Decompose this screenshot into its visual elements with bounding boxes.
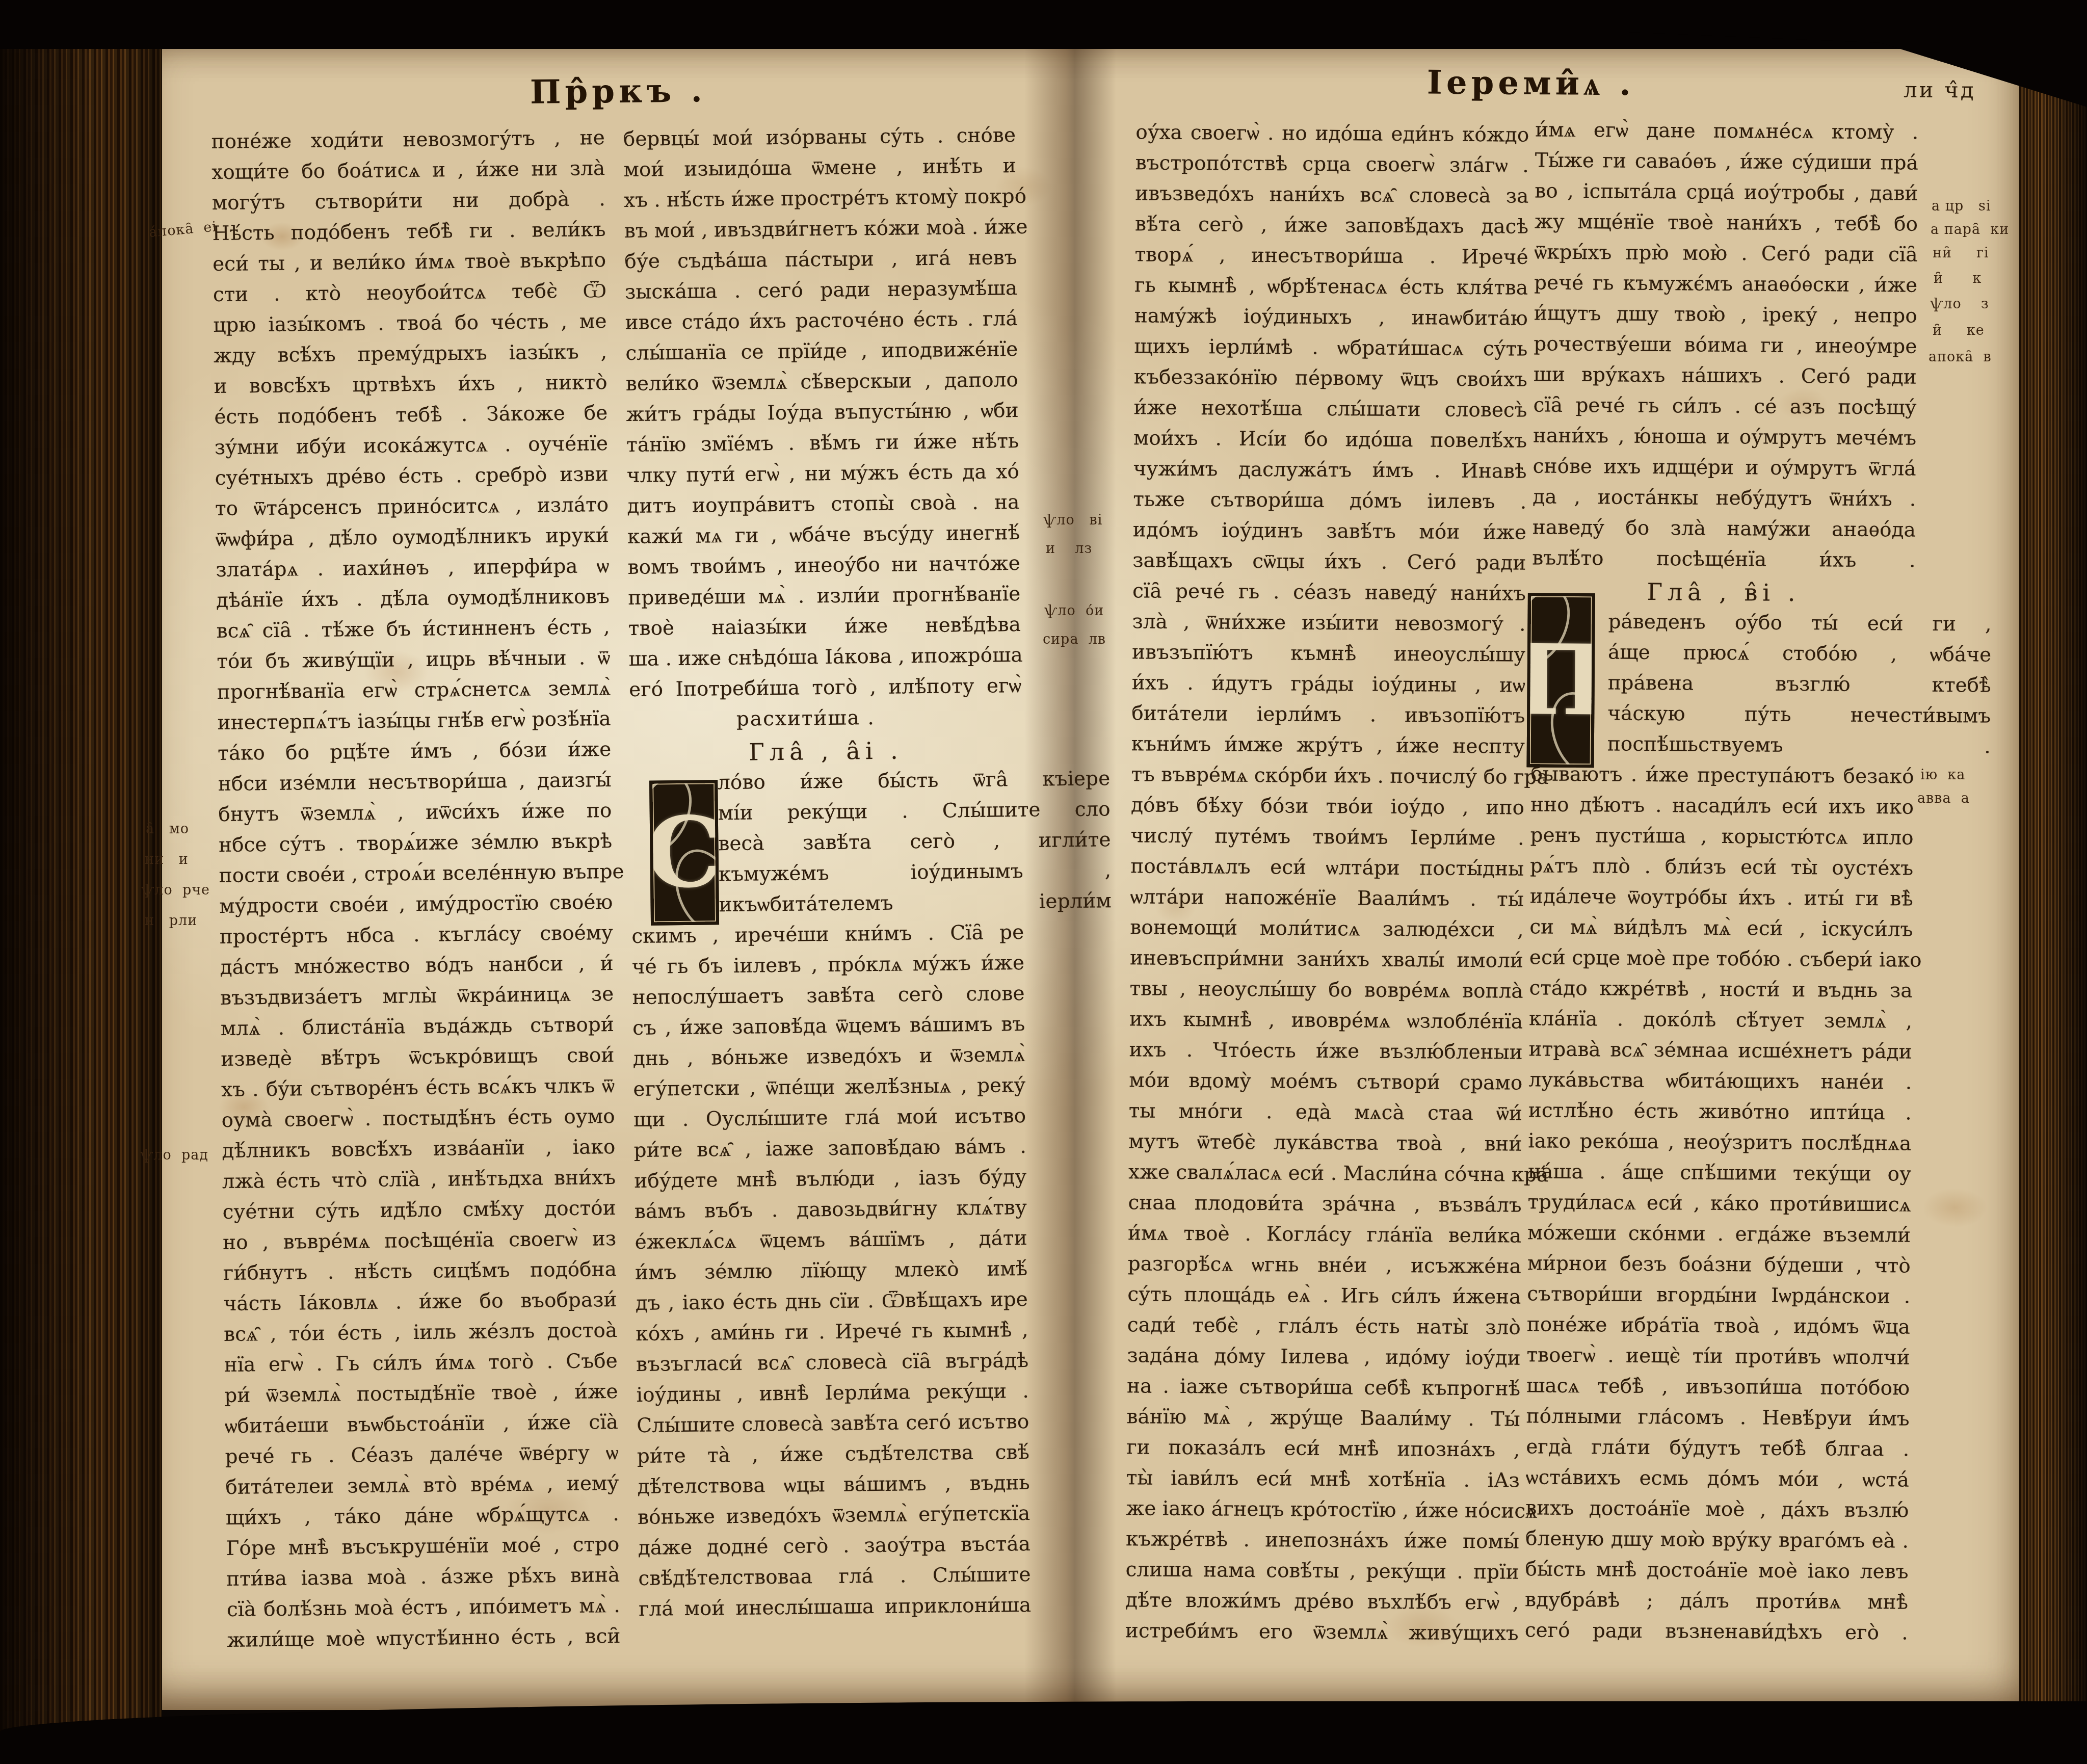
text-line: ѡста́вихъ есмь до́мъ мо́и , ѡста́ — [1526, 1462, 1909, 1495]
text-line: жу мще́нїе твоѐ нани́хъ , тебѣ̀ бо — [1535, 206, 1918, 240]
text-line: поста́влѧлъ еси́ ѡлта́ри посты́дны — [1130, 851, 1524, 884]
margin-note-cluster-4: н рли — [145, 911, 197, 931]
text-line: всѧ̑ , то́и е́сть , іиль же́злъ достоа̀ — [224, 1315, 618, 1350]
left-page-column-1: поне́же ходи́ти невозмогу́тъ , нехощи́те… — [211, 123, 620, 1656]
woodcut-initial-chapter-12: П — [1527, 593, 1595, 768]
text-line: поспѣ́шьствуемъ . — [1531, 728, 1991, 762]
gutter-note-2b: сира лв — [1043, 630, 1106, 649]
text-line: Го́ре мнѣ̀ въсъкруше́нїи мое́ , стро — [226, 1530, 620, 1564]
text-line: ри́те та̀ , и́же съдѣ́телства свѣ́ — [637, 1437, 1030, 1472]
text-line: сїа̀ болѣ́знь моа̀ е́стъ , ипо́иметъ мѧ̀… — [226, 1591, 620, 1625]
text-line: възъдвиза́етъ мглы̀ ѿкра́иницѧ зе — [220, 979, 614, 1014]
text-line: и́мѧ твоѐ . Когла́су гла́нїа вели́ка — [1128, 1218, 1521, 1251]
text-line: та́ко бо рцѣ́те и́мъ , бо́зи и́же — [218, 734, 612, 769]
text-line: сїа̑ рече́ гь си́лъ . се́ азъ посѣщу́ — [1533, 390, 1916, 423]
text-line: сътвори́ши вгорды́ни Іѡрда́нскои . — [1527, 1279, 1910, 1312]
text-line: ивъзведо́хъ нани́хъ всѧ̑ словеса̀ за — [1135, 178, 1528, 212]
text-line: нбсе су́тъ . творѧ́иже зе́млю въкрѣ — [219, 826, 613, 861]
right-page-column-2: П и́мѧ егѡ̀ дане помѧне́сѧ ктому̀ .Ты́же… — [1525, 115, 1919, 1648]
text-line: сего́ ради възненави́дѣхъ его̀ . — [1525, 1615, 1908, 1648]
text-line: мои́ изыидо́ша ѿмене , инѣ́ть и — [623, 151, 1016, 186]
margin-note-cluster-1: а̑ мо — [146, 820, 189, 839]
text-line: нбси изе́мли несътвори́ша , даизгы́ — [218, 765, 612, 800]
text-line: и вовсѣ́хъ цртвѣхъ и́хъ , никто̀ — [214, 367, 607, 402]
text-line: поне́же ходи́ти невозмогу́тъ , не — [211, 123, 605, 157]
text-line: да́стъ мно́жество во́дъ нанбси , и́ — [220, 949, 614, 983]
text-line: жду всѣ́хъ прему́дрыхъ іазы́къ , — [214, 337, 607, 372]
text-line: и́хъ . и́дутъ гра́ды іоу́дины , иѡ — [1132, 668, 1525, 701]
text-line: ри́те всѧ̑ , іаже заповѣ́даю ва́мъ . — [633, 1131, 1026, 1166]
text-line: и́мѧ егѡ̀ дане помѧне́сѧ ктому̀ . — [1535, 115, 1918, 148]
text-line: итрава̀ всѧ̑ зе́мнаа исше́хнетъ ра́ди — [1528, 1034, 1912, 1067]
text-line: злата́рѧ . иахи́нѳъ , иперфи́ра ѡ — [216, 551, 610, 586]
text-line: да́же додне́ сего̀ . заоу́тра въста́а — [638, 1529, 1031, 1564]
text-line: дѣ́лникъ вовсѣ́хъ изва́анїи , іако — [222, 1132, 616, 1167]
text-line: рече́ гь . Се́азъ дале́че ѿве́ргу ѡ — [225, 1438, 619, 1472]
text-line: слиша нама совѣ́ты , реку́щи . прїи — [1125, 1555, 1519, 1588]
text-line: ча́сть Іа́ковлѧ . и́же бо въобрази́ — [223, 1285, 617, 1320]
text-line: възъгласи́ всѧ̑ словеса̀ сїа̑ въгра́дѣ — [636, 1346, 1029, 1380]
text-line: тъ въвре́мѧ ско́рби и́хъ . почислу́ бо г… — [1131, 759, 1524, 793]
text-line: расхити́ша . — [629, 700, 1129, 736]
text-line: сади́ тебє̀ , гла́лъ е́сть наты̀ зло̀ — [1127, 1310, 1521, 1343]
text-line: наму́жѣ іоу́диныхъ , инаѡбита́ю — [1134, 301, 1528, 334]
text-line: ивъзъпїю́тъ къмнѣ̀ инеоуслы́шу — [1132, 637, 1525, 670]
text-line: щи́хъ , та́ко да́не ѡбрѧ́щутсѧ . — [226, 1499, 620, 1534]
text-line: ѡлта́ри напоже́нїе Ваали́мъ . ты́ — [1130, 882, 1524, 915]
woodcut-initial-chapter-11: С — [649, 780, 719, 925]
text-line: егда̀ гла́ти бу́дутъ тебѣ̀ блгаа . — [1526, 1432, 1909, 1465]
text-line: еси́ ты , и вели́ко и́мѧ твоѐ въкрѣпо — [213, 245, 606, 280]
text-line: бу́е съдѣа́ша па́стыри , ига́ невъ — [624, 243, 1017, 277]
text-line: ги показа́лъ еси́ мнѣ̀ ипозна́хъ , — [1126, 1432, 1520, 1465]
text-line: Гла̂ , а̂і . — [629, 732, 1022, 769]
text-line: тьже сътвори́ша до́мъ іилевъ . — [1133, 484, 1526, 517]
text-line: ивсе ста́до и́хъ расточе́но е́сть . гла́ — [625, 304, 1018, 338]
text-line: дъ , іако е́сть днь сїи . Ѿвѣ́щахъ ире — [636, 1284, 1028, 1319]
text-line: хъ . бу́и сътворе́нъ е́сть всѧ́къ члкъ ѿ — [221, 1071, 615, 1105]
book-photo: Пр̂ркъ . Іереми̂ѧ . ли ч̂д поне́же ходи́… — [0, 0, 2087, 1764]
text-line: ча́скую пу́ть нечести́вымъ — [1531, 698, 1991, 731]
text-line: твоегѡ̀ . иещє̀ ті́и проти́въ ѡполчи́ — [1526, 1340, 1910, 1373]
text-line: нани́хъ , ю́ноша и оу́мрутъ мече́мъ — [1533, 420, 1916, 454]
right-margin-note-7: апока̑ в — [1929, 348, 1992, 367]
left-page-column-2: С бервцы́ мои́ изо́рваны су́ть . сно́вем… — [623, 120, 1032, 1625]
text-line: е́жеклѧ́сѧ ѿцемъ ва́шїмъ , да́ти — [635, 1223, 1027, 1258]
right-margin-note-5: ѱло з — [1931, 295, 1989, 314]
text-line: и́мъ зе́млю лїю́щу млеко̀ имѣ́ — [635, 1254, 1028, 1288]
text-line: егу́петски , ѿпе́щи желѣ́зныѧ , реку́ — [633, 1070, 1026, 1105]
text-line: непослу́шаетъ завѣ́та сего̀ слове — [632, 979, 1025, 1013]
text-line: разгорѣ́сѧ ѡгнь вне́и , исъжже́на — [1128, 1249, 1521, 1282]
text-line: бита́тели іерли́мъ . ивъзопїю́тъ — [1131, 698, 1525, 731]
text-line: но , въвре́мѧ посѣще́нїа своегѡ̀ из — [223, 1224, 617, 1258]
text-line: сти . кто̀ неоубои́тсѧ тебє̀ Ѿ — [213, 276, 606, 310]
text-line: же іако а́гнецъ кро́тостїю , и́же но́сис… — [1126, 1493, 1519, 1526]
text-line: ибу́дете мнѣ̀ вълю́ди , іазъ бу́ду — [634, 1162, 1027, 1197]
text-line: прогнѣ́ванїа егѡ̀ стрѧ́снетсѧ землѧ̀ — [217, 673, 611, 708]
text-line: щихъ іерли́мѣ . ѡбрати́шасѧ су́ть — [1134, 331, 1527, 364]
text-line: щи . Оуслы́шите гла́ мои́ исътво — [633, 1101, 1026, 1136]
book-fore-edge-left — [0, 0, 162, 1764]
text-line: гла́ мои́ инеслы́шаша иприклони́ша — [639, 1590, 1032, 1625]
text-line: во , іспыта́ла срца́ иоу́тробы , дави́ — [1535, 176, 1918, 209]
text-line: члку пути́ егѡ̀ , ни му́жъ е́сть да хо́ — [627, 457, 1020, 491]
text-line: къни́мъ и́мже жру́тъ , и́же неспту — [1131, 729, 1525, 762]
text-line: къжре́твѣ . инепозна́хъ и́же помы́ — [1126, 1524, 1519, 1557]
text-line: ихъ кымнѣ̀ , ивовре́мѧ ѡзлобле́нїа — [1129, 1004, 1523, 1037]
text-line: сно́ве ихъ идще́ри и оу́мрутъ ѿгла́ — [1533, 451, 1916, 484]
initial-letter-s: С — [649, 837, 719, 868]
text-line: истлѣ́но е́сть живо́тно ипти́ца . — [1528, 1095, 1912, 1128]
text-line: то́и бъ живу́щїи , ицрь вѣ́чныи . ѿ — [217, 643, 611, 677]
text-line: изведѐ вѣ́тръ ѿсъкро́вищъ свои́ — [221, 1040, 615, 1075]
text-line: наведу́ бо зла̀ наму́жи анаѳо́да — [1533, 512, 1916, 545]
text-line: слы́шанїа се прїи́де , иподвиже́нїе — [625, 334, 1018, 369]
text-line: іако реко́ша , неоу́зритъ послѣ́днѧа — [1528, 1126, 1911, 1159]
text-line: мутъ ѿтебє̀ лука́вства твоа̀ , вни́ — [1128, 1126, 1522, 1160]
text-line: нно дѣ́ютъ . насади́лъ еси́ ихъ ико — [1530, 789, 1914, 823]
text-line: по́лными гла́сомъ . Невѣ́руи и́мъ — [1526, 1401, 1909, 1434]
right-margin-note-4: и̑ к — [1934, 269, 1982, 288]
text-line: могу́тъ сътвори́ти ни добра̀ . — [212, 184, 606, 219]
text-line: хъ . нѣ́сть и́же простре́тъ ктому̀ покро… — [624, 181, 1017, 216]
gutter-note-1a: ѱло ві — [1044, 511, 1102, 530]
text-line: дѣ́те вложи́мъ дре́во въхлѣ́бъ егѡ̀ , — [1125, 1585, 1519, 1618]
text-line: ва́мъ въбъ . давозьдви́гну клѧ́тву — [635, 1193, 1027, 1227]
text-line: инестерпѧ́тъ іазы́цы гнѣ́в егѡ̀ розѣ́нїа — [217, 704, 611, 739]
margin-note-cluster-3: ѱло рче — [142, 881, 210, 900]
text-line: мо́жеши ско́нми . егда́же въземли́ — [1527, 1218, 1911, 1251]
text-line: ста́до кжре́твѣ , ности́ и въднь за — [1529, 973, 1912, 1006]
right-margin-note-6: и̑ ке — [1933, 321, 1985, 340]
text-line: рѧ́тъ пло̀ . бли́зъ еси́ ты̀ оусте́хъ — [1530, 851, 1913, 884]
text-line: кла́нїа . доко́лѣ сѣ́тует землѧ̀ , — [1529, 1004, 1912, 1037]
text-line: ренъ пусти́ша , корыстю́тсѧ ипло — [1530, 820, 1913, 853]
text-line: творѧ́ , инесътвори́ша . Ирече́ — [1134, 240, 1528, 273]
text-line: и́же нехотѣ́ша слы́шати словесъ̀ — [1133, 392, 1527, 426]
text-line: црю іазы́комъ . твоа́ бо че́сть , ме — [213, 306, 607, 341]
text-line: ри́ ѿземлѧ̀ постыдѣ́нїе твоѐ , и́же — [224, 1377, 618, 1411]
text-line: еси́ срце моѐ пре тобо́ю . събери́ іако — [1529, 942, 1913, 976]
text-line: ги́бнутъ . нѣ́сть сицѣ́мъ подо́бна — [223, 1254, 617, 1289]
text-line: вомъ твои́мъ , инеоу́бо ни начто́же — [627, 548, 1020, 583]
text-line: Нѣ́сть подо́бенъ тебѣ̀ ги . вели́къ — [212, 215, 606, 249]
book-page-edges-right — [2019, 46, 2087, 1723]
text-line: ра́веденъ оу́бо ты́ еси́ ги , — [1531, 606, 1991, 640]
text-line: вдубра́вѣ ; да́лъ проти́вѧ мнѣ̀ — [1525, 1585, 1908, 1618]
gutter-note-1b: и лз — [1046, 539, 1092, 559]
text-line: млѧ̀ . блиста́нїа въда́ждь сътвори́ — [221, 1010, 615, 1044]
text-line: свѣ́дѣ́телствоваа гла́ . Слы́шите — [638, 1560, 1031, 1594]
text-line: приведе́ши мѧ̀ . изли́и прогнѣ́ванїе — [628, 579, 1021, 614]
photo-background-bottom — [0, 1701, 2087, 1764]
text-line: бленую дшу мою̀ вру́ку враго́мъ еа̀ . — [1525, 1523, 1909, 1557]
text-line: жили́ще моѐ ѡпустѣ́инно е́сть , вси̑ — [227, 1621, 621, 1656]
text-line: зла̀ , ѿни́хже изы́ити невозмогу́ . — [1132, 607, 1525, 640]
text-line: бнутъ ѿземлѧ̀ , иѿси́хъ и́же по — [218, 796, 612, 830]
text-line: дѣ́телствова ѡцы ва́шимъ , въднь — [637, 1468, 1030, 1503]
folio-number: ли ч̂д — [1904, 77, 1976, 103]
text-line: вълѣ́то посѣще́нїа и́хъ . — [1532, 543, 1915, 576]
text-line: жи́тъ гра́ды Іоу́да въпусты́ню , ѡби — [626, 396, 1019, 430]
text-line: рече́ гь къмужє́мъ анаѳо́ѳски , и́же — [1534, 268, 1917, 301]
text-line: ида́лече ѿоутро́бы и́хъ . иты́ ги вѣ̀ — [1530, 881, 1913, 914]
text-line: до́въ бѣ́ху бо́зи тво́и іоу́до , ипо — [1131, 790, 1524, 823]
text-line: да , иоста́нкы небу́дутъ ѿни́хъ . — [1533, 482, 1916, 515]
text-line: ми́рнои безъ боа́зни бу́деши , что̀ — [1527, 1248, 1911, 1281]
text-line: суе́тни су́ть идѣ́ло смѣ́ху досто́и — [222, 1193, 616, 1228]
text-line: ша . иже снѣдо́ша Іа́кова , ипожро́ша — [628, 640, 1021, 675]
text-line: нїа егѡ̀ . Гь си́лъ и́мѧ того̀ . Събе — [224, 1346, 618, 1381]
text-line: дитъ иоупра́витъ стопы̀ своа̀ . на — [627, 487, 1020, 522]
text-line: лжа̀ е́сть что̀ слїа̀ , инѣ́тьдха вни́хъ — [222, 1163, 616, 1197]
text-line: е́сть подо́бенъ тебѣ̀ . За́коже бе — [214, 398, 608, 433]
right-margin-note-3: ни̑ гі — [1933, 244, 1989, 263]
text-line: вонемощи́ моли́тисѧ залюде́хси , — [1130, 912, 1523, 945]
text-line: иневъспри́мни зани́хъ хвалы́ имоли́ — [1130, 943, 1523, 976]
text-line: въстропо́тствѣ срца своегѡ̀ зла́гѡ . — [1135, 148, 1529, 181]
text-line: ѿѡфи́ра , дѣ́ло оумодѣ́лникъ ируки́ — [215, 520, 609, 555]
text-line: твы , неоуслы́шу бо вовре́мѧ вопла̀ — [1129, 973, 1523, 1007]
text-line: шасѧ тебѣ̀ , ивъзопи́ша пото́бою — [1526, 1371, 1910, 1404]
initial-letter-p: П — [1527, 665, 1595, 696]
text-line: вѣ́та сего̀ , и́же заповѣ́дахъ дасѣ — [1135, 209, 1528, 242]
text-line: зыска́ша . сего́ ради неразумѣ́ша — [625, 273, 1018, 308]
text-line: рочеству́еши во́има ги , инеоу́мре — [1534, 329, 1917, 362]
text-line: истреби́мъ его ѿземлѧ̀ живу́щихъ — [1125, 1616, 1519, 1649]
text-line: твоѐ наіазы́ки и́же невѣ́дѣва — [628, 610, 1021, 644]
running-head-left: Пр̂ркъ . — [530, 71, 707, 112]
text-line: мои́хъ . Исі́и бо идо́ша повелѣ́хъ — [1133, 423, 1527, 456]
right-margin-note-8: ію ка — [1920, 766, 1965, 785]
text-line: хощи́те бо боа́тисѧ и , и́же ни зла̀ — [212, 153, 605, 188]
margin-note-psalm: ѱло рад — [141, 1146, 208, 1165]
text-line: Слы́шите словеса̀ завѣ́та сего́ исътво — [637, 1407, 1029, 1441]
text-line: чужи́мъ даслужа́тъ и́мъ . Инавѣ — [1133, 454, 1526, 487]
text-line: мо́и вдому̀ мое́мъ сътвори́ срамо — [1129, 1065, 1522, 1098]
text-line: въ мои́ , ивъздви́гнетъ ко́жи моа̀ . и́ж… — [624, 212, 1017, 247]
text-line: ѡбита́еши въѡбьстоа́нїи , и́же сїа̀ — [225, 1407, 619, 1442]
text-line: зада́на до́му Іилева , идо́му іоу́ди — [1127, 1340, 1520, 1374]
text-line: Ты́же ги савао́ѳъ , и́же су́диши пра́ — [1535, 145, 1918, 178]
text-line: вихъ достоа́нїе моѐ , да́хъ възлю́ — [1525, 1493, 1909, 1526]
text-line: вели́ко ѿземлѧ̀ сѣ́верскыи , даполо — [626, 365, 1019, 400]
text-line: зу́мни ибу́и исока́жутсѧ . оуче́нїе — [215, 429, 609, 463]
right-margin-note-2: а пара̑ ки — [1931, 220, 2009, 240]
running-head-right: Іереми̂ѧ . — [1427, 64, 1635, 103]
text-line: су́ть площа́дь еѧ̀ . Игь си́лъ и́жена — [1127, 1279, 1521, 1312]
text-line: къбеззако́нїю пе́рвому ѿцъ свои́хъ — [1134, 362, 1527, 395]
text-line: на . іаже сътвори́ша себѣ̀ къпрогнѣ́ — [1127, 1371, 1520, 1404]
text-line: просте́ртъ нбса . къгла́су свое́му — [220, 918, 614, 953]
text-line: пости свое́и , строѧ́и вселе́нную въпре — [219, 857, 613, 891]
text-line: его́ Іпотреби́ша того̀ , илѣ́поту егѡ̀ — [629, 671, 1022, 705]
text-line: поне́же ибра́тїа твоа̀ , идо́мъ ѿца — [1527, 1309, 1910, 1342]
text-line: во́ньже изведо́хъ ѿземлѧ̀ егу́петскїа — [638, 1498, 1031, 1533]
text-line: всѧ̑ сїа̑ . тѣ́же бъ и́стинненъ е́сть , — [216, 612, 610, 647]
text-line: идо́мъ іоу́динъ завѣ́тъ мо́и и́же — [1133, 515, 1526, 548]
text-line: съ , и́же заповѣ́да ѿцемъ ва́шимъ въ — [632, 1009, 1025, 1044]
text-line: пра́вена възглю́ ктебѣ̀ — [1531, 667, 1991, 701]
text-line: пти́ва іазва моа̀ . а́зже рѣ́хъ вина̀ — [226, 1560, 620, 1595]
text-line: лука́вьства ѡбита́ющихъ нане́и . — [1528, 1065, 1912, 1098]
margin-note-cluster-2: ни и — [145, 850, 189, 870]
text-line: хже свалѧ́ласѧ еси́ . Масли́на со́чна кр… — [1128, 1157, 1522, 1190]
text-line: ѿкры́хъ прю̀ мою̀ . Сего́ ради сїа̑ — [1534, 237, 1917, 270]
text-line: ко́хъ , ами́нь ги . Ирече́ гь кымнѣ̀ , — [636, 1315, 1028, 1350]
text-line: бы́сть мнѣ̀ достоа́нїе моѐ іако левъ — [1525, 1554, 1908, 1587]
text-line: на́ша . а́ще спѣ́шими теку́щи оу — [1528, 1156, 1911, 1190]
text-line: му́дрости свое́и , иму́дростїю свое́ю — [219, 887, 613, 922]
text-line: си мѧ̀ ви́дѣлъ мѧ̀ еси́ , іскуси́лъ — [1529, 912, 1913, 945]
text-line: че́ гь бъ іилевъ , про́клѧ му́жъ и́же — [632, 948, 1025, 983]
text-line: оума̀ своегѡ̀ . постыдѣ́нъ е́сть оумо — [221, 1101, 615, 1136]
text-line: снаа плодови́та зра́чна , възва́лъ — [1128, 1188, 1521, 1221]
text-line: бита́телеи землѧ̀ вто̀ вре́мѧ , иему́ — [225, 1468, 619, 1503]
text-line: дѣа́нїе и́хъ . дѣ́ла оумодѣ́лниковъ — [216, 582, 610, 616]
text-line: сїа̑ рече́ гь . се́азъ наведу́ нани́хъ — [1132, 576, 1526, 609]
text-line: суе́тныхъ дре́во е́сть . сребро̀ изви — [215, 459, 609, 494]
right-margin-note-1: а цр ѕі — [1932, 197, 1991, 216]
text-line: завѣ́щахъ сѿцы и́хъ . Сего́ ради — [1132, 545, 1526, 578]
text-line: гь кымнѣ̀ , ѡбрѣ́тенасѧ е́сть кля́тва — [1134, 270, 1528, 303]
text-line: ихъ . Что́есть и́же възлю́бленыи — [1129, 1035, 1522, 1068]
text-line: ты̀ іави́лъ еси́ мнѣ̀ хотѣ́нїа . іАз — [1126, 1463, 1520, 1496]
right-page-column-1: оу́ха своегѡ̀ . но идо́ша еди́нъ ко́ждов… — [1125, 117, 1529, 1649]
text-line: ты мно́ги . еда̀ мѧса̀ стаа ѿи́ — [1129, 1096, 1522, 1129]
gutter-note-2a: ѱло о́и — [1045, 601, 1104, 621]
right-margin-note-9: авва а — [1917, 789, 1970, 808]
text-line: ва́нїю мѧ̀ , жру́ще Ваали́му . Ты́ — [1126, 1402, 1520, 1435]
text-line: оу́ха своегѡ̀ . но идо́ша еди́нъ ко́ждо — [1135, 117, 1529, 150]
text-line: ши вру́кахъ на́шихъ . Сего́ ради — [1534, 359, 1917, 392]
text-line: а́ще прюсѧ́ стобо́ю , ѡба́че — [1531, 637, 1991, 670]
text-line: днь , во́ньже изведо́хъ и ѿземлѧ̀ — [632, 1040, 1025, 1074]
text-line: и́щутъ дшу твою̀ , іреку́ , непро — [1534, 298, 1917, 331]
text-line: числу́ путе́мъ твои́мъ Іерли́ме . — [1130, 821, 1524, 854]
text-line: іоу́дины , ивнѣ̀ Іерли́ма реку́щи . — [636, 1376, 1029, 1411]
text-line: кажи́ мѧ ги , ѡба́че въсу́ду инегнѣ́ — [627, 518, 1020, 552]
text-line: бервцы́ мои́ изо́рваны су́ть . сно́ве — [623, 120, 1016, 155]
text-line: труди́ласѧ еси́ , ка́ко проти́вишисѧ — [1527, 1187, 1911, 1220]
text-line: та́нїю змїе́мъ . вѣ́мъ ги и́же нѣ́ть — [626, 426, 1019, 461]
text-line: то ѿта́рсенсъ прино́ситсѧ , изла́то — [215, 490, 609, 524]
